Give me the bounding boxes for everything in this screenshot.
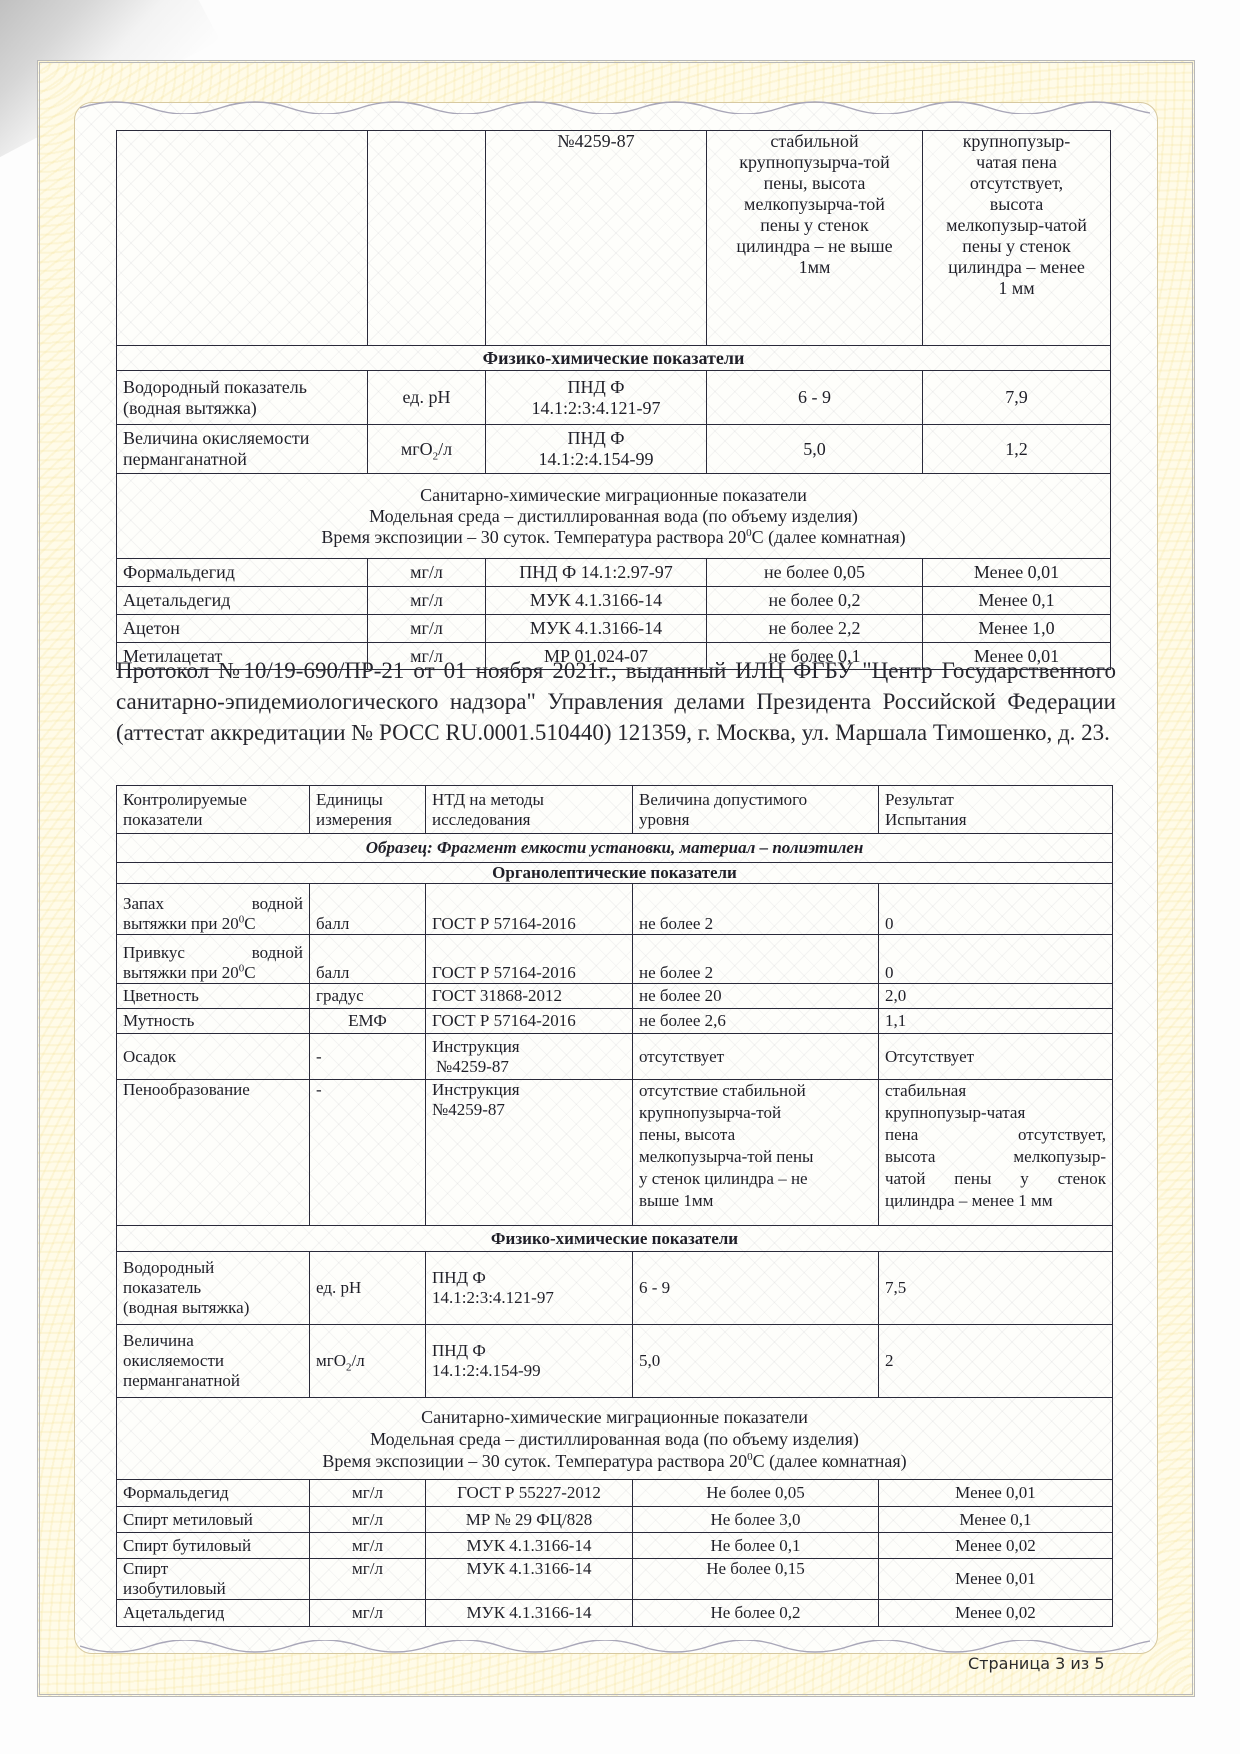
table-row: Водородный показатель(водная вытяжка) ед…	[117, 371, 1111, 425]
cell-result: Отсутствует	[879, 1034, 1113, 1080]
cell-norm: отсутствует	[633, 1034, 879, 1080]
cell-indicator: Формальдегид	[117, 1480, 310, 1507]
table-row: Запах водной вытяжки при 200С балл ГОСТ …	[117, 884, 1113, 935]
table-row: Спиртизобутиловый мг/л МУК 4.1.3166-14 Н…	[117, 1559, 1113, 1600]
page-number: Страница 3 из 5	[968, 1654, 1105, 1673]
header-indicator: Контролируемыепоказатели	[117, 786, 310, 834]
table-row: Формальдегид мг/л ГОСТ Р 55227-2012 Не б…	[117, 1480, 1113, 1507]
cell-method: ПНД Ф14.1:2:3:4.121-97	[486, 371, 707, 425]
cell-result: Менее 0,01	[879, 1559, 1113, 1600]
cell-method: МР № 29 ФЦ/828	[426, 1507, 633, 1533]
cell-method: ГОСТ Р 57164-2016	[426, 884, 633, 935]
cell-norm: не более 0,2	[707, 587, 923, 615]
cell-norm: 5,0	[707, 425, 923, 474]
table-row: Ацетальдегид мг/л МУК 4.1.3166-14 не бол…	[117, 587, 1111, 615]
table-row: Мутность ЕМФ ГОСТ Р 57164-2016 не более …	[117, 1009, 1113, 1034]
table-row: Привкус водной вытяжки при 200С балл ГОС…	[117, 935, 1113, 984]
cell-unit: мг/л	[310, 1559, 426, 1600]
table-row: Ацетальдегид мг/л МУК 4.1.3166-14 Не бол…	[117, 1600, 1113, 1627]
section-header-migration: Санитарно-химические миграционные показа…	[117, 1398, 1113, 1480]
decorative-wave-top	[80, 96, 1150, 114]
cell-method: ГОСТ Р 57164-2016	[426, 935, 633, 984]
cell-unit: ед. pH	[368, 371, 486, 425]
section-header-physchem: Физико-химические показатели	[117, 346, 1111, 371]
cell-result: 0	[879, 935, 1113, 984]
table-row: Формальдегид мг/л ПНД Ф 14.1:2.97-97 не …	[117, 559, 1111, 587]
cell-method: ГОСТ Р 57164-2016	[426, 1009, 633, 1034]
cell-indicator: Запах водной вытяжки при 200С	[117, 884, 310, 935]
cell-indicator: Ацетальдегид	[117, 587, 368, 615]
section-header-migration: Санитарно-химические миграционные показа…	[117, 474, 1111, 559]
cell-norm: Не более 0,2	[633, 1600, 879, 1627]
cell-norm: Не более 3,0	[633, 1507, 879, 1533]
cell-result: Менее 1,0	[923, 615, 1111, 643]
table-header-row: Контролируемыепоказатели Единицыизмерени…	[117, 786, 1113, 834]
cell-norm: 5,0	[633, 1325, 879, 1398]
cell-norm: Не более 0,15	[633, 1559, 879, 1600]
cell-result: крупнопузыр- чатая пена отсутствует, выс…	[923, 131, 1111, 346]
cell-norm: не более 2,2	[707, 615, 923, 643]
cell-unit: мг/л	[310, 1600, 426, 1627]
cell-indicator: Водородный показатель(водная вытяжка)	[117, 371, 368, 425]
table-row: Ацетон мг/л МУК 4.1.3166-14 не более 2,2…	[117, 615, 1111, 643]
cell-indicator: Величинаокисляемостиперманганатной	[117, 1325, 310, 1398]
sample-title: Образец: Фрагмент емкости установки, мат…	[117, 834, 1113, 863]
cell-norm: 6 - 9	[633, 1252, 879, 1325]
table-row: Величинаокисляемостиперманганатной мгO2/…	[117, 1325, 1113, 1398]
cell-unit: балл	[310, 935, 426, 984]
cell-result: 2	[879, 1325, 1113, 1398]
cell-result: 7,5	[879, 1252, 1113, 1325]
protocol-paragraph: Протокол №10/19-690/ПР-21 от 01 ноября 2…	[116, 655, 1116, 748]
cell-method: МУК 4.1.3166-14	[486, 615, 707, 643]
cell-norm: не более 2	[633, 935, 879, 984]
cell-unit: мг/л	[368, 587, 486, 615]
cell-unit: -	[310, 1080, 426, 1226]
cell-indicator: Привкус водной вытяжки при 200С	[117, 935, 310, 984]
cell-method: МУК 4.1.3166-14	[426, 1533, 633, 1559]
cell-unit	[368, 131, 486, 346]
cell-unit: мг/л	[368, 615, 486, 643]
cell-indicator: Цветность	[117, 984, 310, 1009]
cell-unit: мг/л	[310, 1533, 426, 1559]
table-row: Спирт метиловый мг/л МР № 29 ФЦ/828 Не б…	[117, 1507, 1113, 1533]
cell-indicator	[117, 131, 368, 346]
cell-method: ГОСТ 31868-2012	[426, 984, 633, 1009]
cell-result: 1,2	[923, 425, 1111, 474]
cell-result: Менее 0,01	[923, 559, 1111, 587]
cell-norm: Не более 0,1	[633, 1533, 879, 1559]
cell-unit: мгO2/л	[310, 1325, 426, 1398]
cell-unit: ЕМФ	[310, 1009, 426, 1034]
cell-result: Менее 0,1	[879, 1507, 1113, 1533]
cell-norm: стабильной крупнопузырча-той пены, высот…	[707, 131, 923, 346]
cell-norm: не более 2	[633, 884, 879, 935]
cell-unit: мгO2/л	[368, 425, 486, 474]
cell-method: ПНД Ф14.1:2:4.154-99	[486, 425, 707, 474]
cell-norm: отсутствие стабильнойкрупнопузырча-тойпе…	[633, 1080, 879, 1226]
cell-indicator: Пенообразование	[117, 1080, 310, 1226]
cell-norm: не более 0,05	[707, 559, 923, 587]
table-row: Спирт бутиловый мг/л МУК 4.1.3166-14 Не …	[117, 1533, 1113, 1559]
cell-unit: ед. pH	[310, 1252, 426, 1325]
cell-result: стабильная крупнопузыр-чатая пена отсутс…	[879, 1080, 1113, 1226]
header-norm: Величина допустимогоуровня	[633, 786, 879, 834]
cell-indicator: Формальдегид	[117, 559, 368, 587]
cell-method: ПНД Ф 14.1:2.97-97	[486, 559, 707, 587]
cell-norm: Не более 0,05	[633, 1480, 879, 1507]
cell-indicator: Спирт бутиловый	[117, 1533, 310, 1559]
cell-unit: балл	[310, 884, 426, 935]
table-row: Осадок - Инструкция№4259-87 отсутствует …	[117, 1034, 1113, 1080]
cell-norm: не более 2,6	[633, 1009, 879, 1034]
cell-unit: -	[310, 1034, 426, 1080]
section-header-organoleptic: Органолептические показатели	[117, 863, 1113, 884]
results-table-continued: №4259-87 стабильной крупнопузырча-той пе…	[116, 130, 1111, 670]
results-table-protocol: Контролируемыепоказатели Единицыизмерени…	[116, 785, 1113, 1627]
cell-indicator: Ацетон	[117, 615, 368, 643]
cell-result: Менее 0,1	[923, 587, 1111, 615]
cell-indicator: Спирт метиловый	[117, 1507, 310, 1533]
cell-method: МУК 4.1.3166-14	[426, 1600, 633, 1627]
cell-method: Инструкция№4259-87	[426, 1080, 633, 1226]
cell-result: 7,9	[923, 371, 1111, 425]
cell-norm: 6 - 9	[707, 371, 923, 425]
cell-indicator: Ацетальдегид	[117, 1600, 310, 1627]
table-row: Величина окисляемостиперманганатной мгO2…	[117, 425, 1111, 474]
cell-unit: мг/л	[368, 559, 486, 587]
cell-norm: не более 20	[633, 984, 879, 1009]
header-unit: Единицыизмерения	[310, 786, 426, 834]
cell-method: МУК 4.1.3166-14	[486, 587, 707, 615]
cell-method: №4259-87	[486, 131, 707, 346]
cell-indicator: Мутность	[117, 1009, 310, 1034]
cell-result: 0	[879, 884, 1113, 935]
cell-indicator: Спиртизобутиловый	[117, 1559, 310, 1600]
cell-result: 1,1	[879, 1009, 1113, 1034]
cell-method: Инструкция№4259-87	[426, 1034, 633, 1080]
cell-method: МУК 4.1.3166-14	[426, 1559, 633, 1600]
cell-result: 2,0	[879, 984, 1113, 1009]
header-result: РезультатИспытания	[879, 786, 1113, 834]
cell-method: ГОСТ Р 55227-2012	[426, 1480, 633, 1507]
cell-unit: градус	[310, 984, 426, 1009]
cell-method: ПНД Ф14.1:2:3:4.121-97	[426, 1252, 633, 1325]
cell-result: Менее 0,01	[879, 1480, 1113, 1507]
cell-method: ПНД Ф14.1:2:4.154-99	[426, 1325, 633, 1398]
table-row: Пенообразование - Инструкция№4259-87 отс…	[117, 1080, 1113, 1226]
table-row: Водородныйпоказатель(водная вытяжка) ед.…	[117, 1252, 1113, 1325]
cell-indicator: Осадок	[117, 1034, 310, 1080]
cell-unit: мг/л	[310, 1480, 426, 1507]
section-header-physchem: Физико-химические показатели	[117, 1226, 1113, 1252]
cell-indicator: Величина окисляемостиперманганатной	[117, 425, 368, 474]
cell-result: Менее 0,02	[879, 1600, 1113, 1627]
table-row: Цветность градус ГОСТ 31868-2012 не боле…	[117, 984, 1113, 1009]
cell-unit: мг/л	[310, 1507, 426, 1533]
table-row-foam-continued: №4259-87 стабильной крупнопузырча-той пе…	[117, 131, 1111, 346]
header-method: НТД на методыисследования	[426, 786, 633, 834]
cell-indicator: Водородныйпоказатель(водная вытяжка)	[117, 1252, 310, 1325]
cell-result: Менее 0,02	[879, 1533, 1113, 1559]
